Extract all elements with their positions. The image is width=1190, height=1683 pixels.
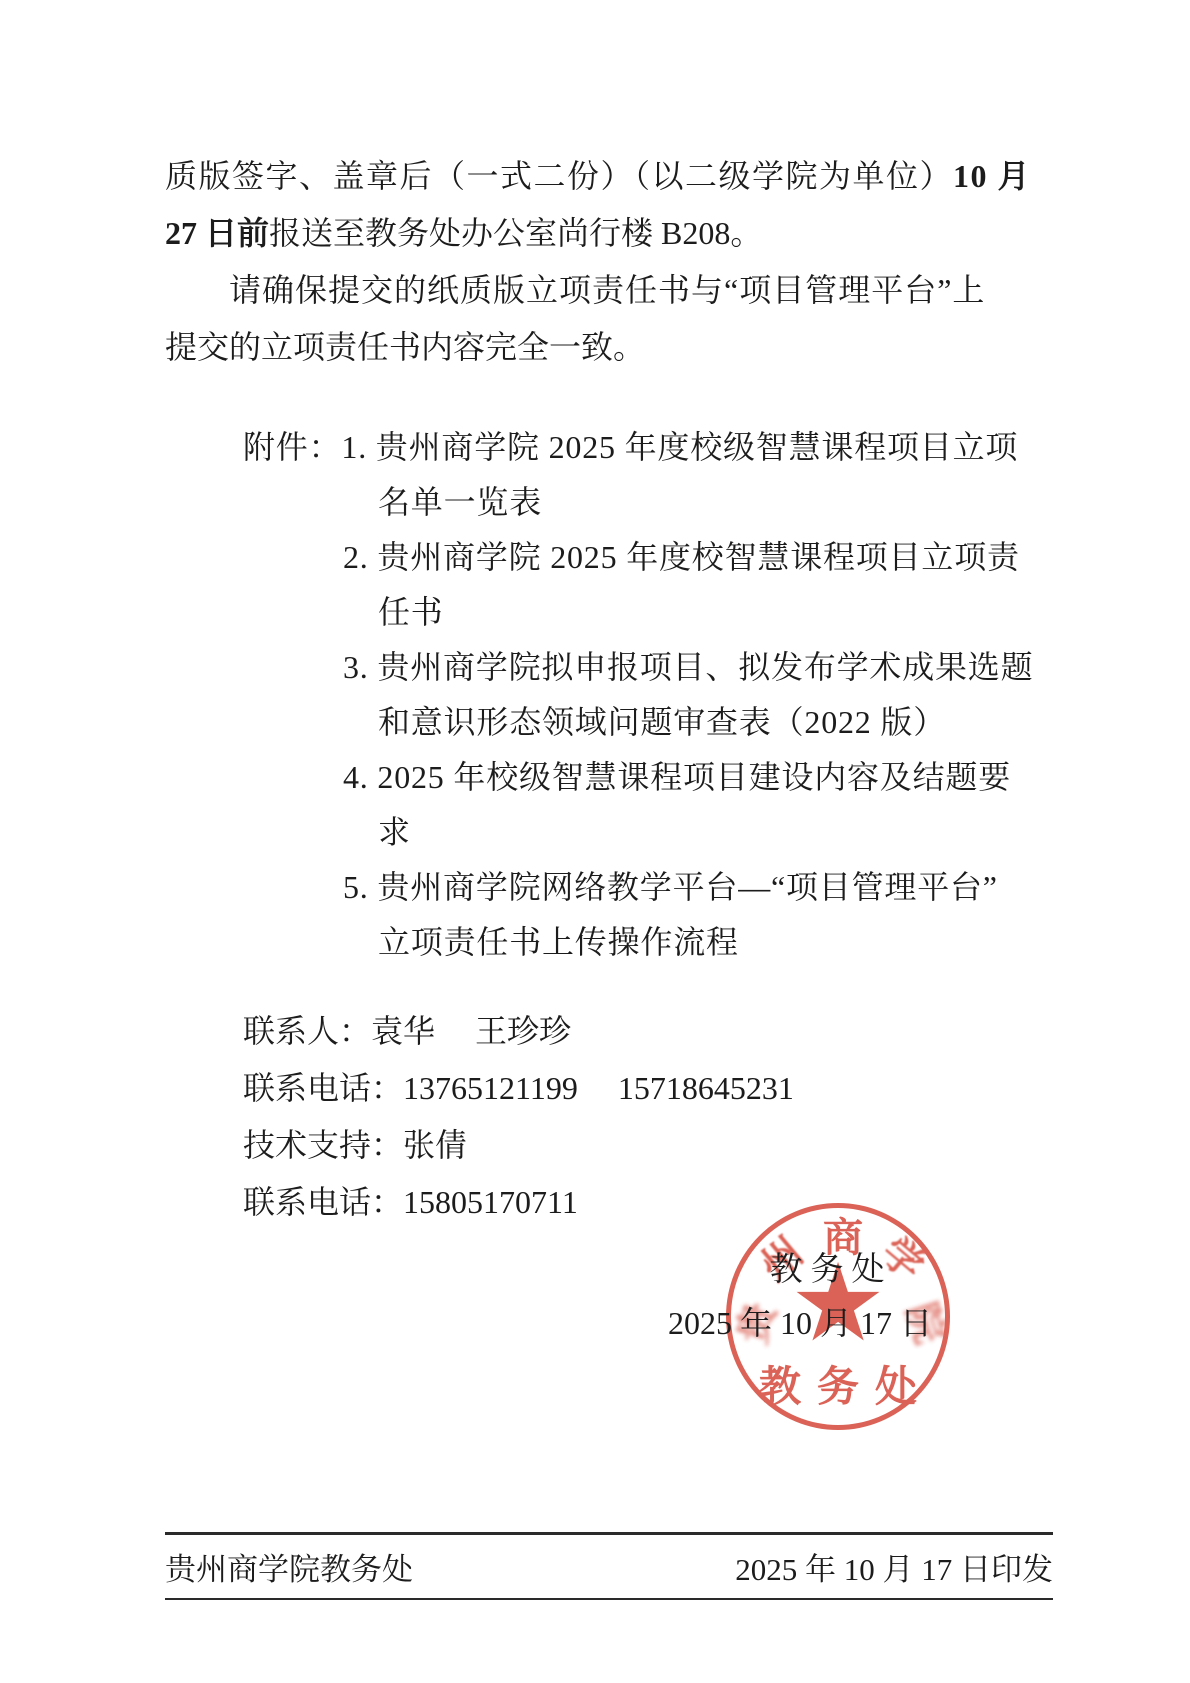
attachment-line: 任书 (165, 585, 1065, 640)
attachment-list: 附件：1. 贵州商学院 2025 年度校级智慧课程项目立项 名单一览表 2. 贵… (165, 420, 1065, 970)
body-line: 提交的立项责任书内容完全一致。 (165, 319, 1025, 376)
body-line: 27 日前报送至教务处办公室尚行楼 B208。 (165, 205, 1025, 262)
body-text: 报送至教务处办公室尚行楼 B208。 (269, 215, 762, 251)
body-text-bold: 27 日前 (165, 215, 269, 251)
signature-department: 教务处 (715, 1243, 939, 1290)
contact-phone-line: 联系电话：13765121199 15718645231 (243, 1060, 943, 1117)
footer-issuer: 贵州商学院教务处 (165, 1547, 413, 1593)
footer-rule-top (165, 1532, 1053, 1535)
attachment-line: 5. 贵州商学院网络教学平台—“项目管理平台” (165, 860, 1065, 915)
footer: 贵州商学院教务处 2025 年 10 月 17 日印发 (165, 1547, 1053, 1593)
attachment-line: 附件：1. 贵州商学院 2025 年度校级智慧课程项目立项 (165, 420, 1065, 475)
contact-person-line: 联系人：袁华 王珍珍 (243, 1003, 943, 1060)
body-line: 请确保提交的纸质版立项责任书与“项目管理平台”上 (165, 262, 1025, 319)
body-text: 质版签字、盖章后（一式二份）（以二级学院为单位） (165, 158, 953, 194)
attachment-line: 立项责任书上传操作流程 (165, 915, 1065, 970)
body-text-bold: 10 月 (953, 158, 1031, 194)
document-page: 质版签字、盖章后（一式二份）（以二级学院为单位）10 月 27 日前报送至教务处… (0, 0, 1190, 1683)
attachment-line: 2. 贵州商学院 2025 年度校智慧课程项目立项责 (165, 530, 1065, 585)
body-paragraphs: 质版签字、盖章后（一式二份）（以二级学院为单位）10 月 27 日前报送至教务处… (165, 148, 1025, 376)
body-text: 提交的立项责任书内容完全一致。 (165, 329, 645, 365)
seal-department-text: 教务处 (731, 1354, 945, 1414)
attachment-line: 和意识形态领域问题审查表（2022 版） (165, 695, 1065, 750)
attachment-line: 3. 贵州商学院拟申报项目、拟发布学术成果选题 (165, 640, 1065, 695)
signature-date: 2025 年 10 月 17 日 (655, 1298, 945, 1344)
attachment-line: 名单一览表 (165, 475, 1065, 530)
footer-issue-date: 2025 年 10 月 17 日印发 (735, 1547, 1053, 1593)
attachment-line: 4. 2025 年校级智慧课程项目建设内容及结题要 (165, 750, 1065, 805)
body-line: 质版签字、盖章后（一式二份）（以二级学院为单位）10 月 (165, 148, 1025, 205)
contact-block: 联系人：袁华 王珍珍 联系电话：13765121199 15718645231 … (243, 1003, 943, 1231)
attachment-line: 求 (165, 805, 1065, 860)
footer-rule-bottom (165, 1598, 1053, 1600)
body-text: 请确保提交的纸质版立项责任书与“项目管理平台”上 (229, 272, 985, 308)
tech-support-line: 技术支持：张倩 (243, 1117, 943, 1174)
